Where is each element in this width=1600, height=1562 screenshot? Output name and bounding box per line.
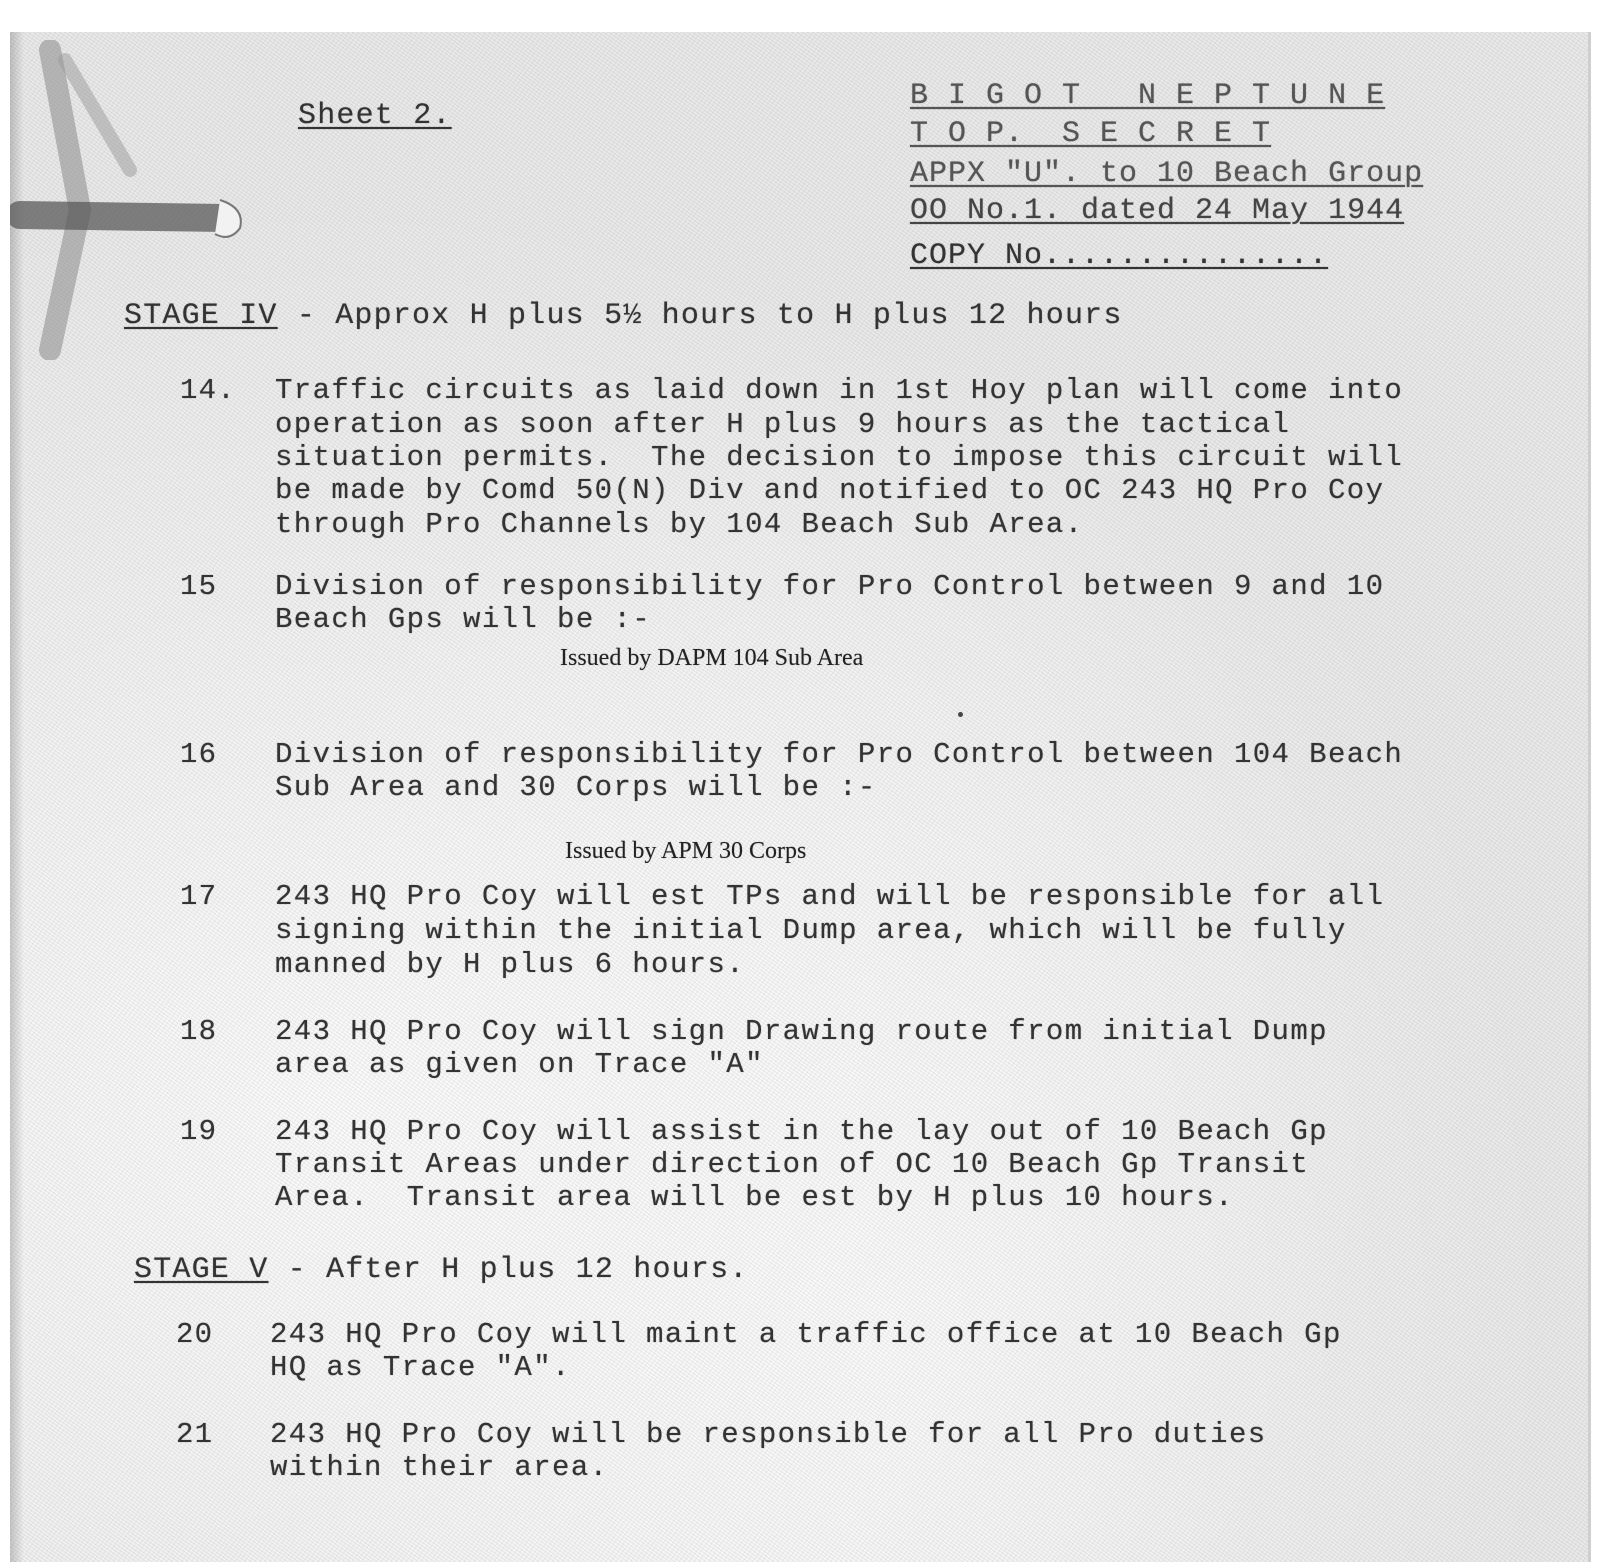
- classification-line: T O P. S E C R E T: [910, 118, 1271, 151]
- order-line: OO No.1. dated 24 May 1944: [910, 195, 1404, 228]
- paragraph-16-line-2: Sub Area and 30 Corps will be :-: [275, 771, 877, 804]
- paragraph-21-line-2: within their area.: [270, 1451, 608, 1484]
- paragraph-14-line-1: Traffic circuits as laid down in 1st Hoy…: [275, 374, 1403, 407]
- paragraph-15-line-1: Division of responsibility for Pro Contr…: [275, 570, 1384, 603]
- paragraph-16-issued-note: Issued by APM 30 Corps: [565, 838, 806, 865]
- paragraph-19-line-3: Area. Transit area will be est by H plus…: [275, 1181, 1234, 1214]
- paragraph-17-line-1: 243 HQ Pro Coy will est TPs and will be …: [275, 880, 1384, 913]
- paragraph-15-line-2: Beach Gps will be :-: [275, 603, 651, 636]
- paragraph-18-line-2: area as given on Trace "A": [275, 1048, 764, 1081]
- sheet-label: Sheet 2.: [298, 100, 452, 133]
- paragraph-number: 17: [180, 880, 217, 913]
- paragraph-number: 21: [176, 1418, 213, 1451]
- paragraph-15-issued-note: Issued by DAPM 104 Sub Area: [560, 645, 863, 672]
- paragraph-14-line-2: operation as soon after H plus 9 hours a…: [275, 408, 1290, 441]
- paragraph-number: 16: [180, 738, 217, 771]
- paragraph-17-line-3: manned by H plus 6 hours.: [275, 948, 745, 981]
- paragraph-19-line-1: 243 HQ Pro Coy will assist in the lay ou…: [275, 1115, 1328, 1148]
- paragraph-20-line-1: 243 HQ Pro Coy will maint a traffic offi…: [270, 1318, 1342, 1351]
- paragraph-17-line-2: signing within the initial Dump area, wh…: [275, 914, 1347, 947]
- paragraph-16-line-1: Division of responsibility for Pro Contr…: [275, 738, 1403, 771]
- paragraph-14-line-3: situation permits. The decision to impos…: [275, 441, 1403, 474]
- paragraph-14-line-5: through Pro Channels by 104 Beach Sub Ar…: [275, 508, 1084, 541]
- paragraph-20-line-2: HQ as Trace "A".: [270, 1351, 571, 1384]
- appendix-line: APPX "U". to 10 Beach Group: [910, 158, 1423, 191]
- copy-number-text: COPY No...............: [910, 239, 1328, 273]
- stage-iv-text: - Approx H plus 5½ hours to H plus 12 ho…: [278, 299, 1123, 333]
- codeword-line: B I G O T N E P T U N E: [910, 80, 1385, 113]
- stage-v-label: STAGE V: [134, 1253, 268, 1287]
- paragraph-number: 19: [180, 1115, 217, 1148]
- paragraph-18-line-1: 243 HQ Pro Coy will sign Drawing route f…: [275, 1015, 1328, 1048]
- stage-iv-heading: STAGE IV - Approx H plus 5½ hours to H p…: [124, 300, 1123, 333]
- paragraph-number: 20: [176, 1318, 213, 1351]
- paragraph-21-line-1: 243 HQ Pro Coy will be responsible for a…: [270, 1418, 1267, 1451]
- copy-number-line: COPY No...............: [910, 240, 1328, 273]
- stage-v-heading: STAGE V - After H plus 12 hours.: [134, 1254, 749, 1287]
- paragraph-14-line-4: be made by Comd 50(N) Div and notified t…: [275, 474, 1384, 507]
- paragraph-number: 18: [180, 1015, 217, 1048]
- paragraph-number: 15: [180, 570, 217, 603]
- stage-v-text: - After H plus 12 hours.: [268, 1253, 748, 1287]
- stage-iv-label: STAGE IV: [124, 299, 278, 333]
- ink-speck: [958, 712, 963, 717]
- paragraph-19-line-2: Transit Areas under direction of OC 10 B…: [275, 1148, 1309, 1181]
- paragraph-number: 14.: [180, 374, 236, 407]
